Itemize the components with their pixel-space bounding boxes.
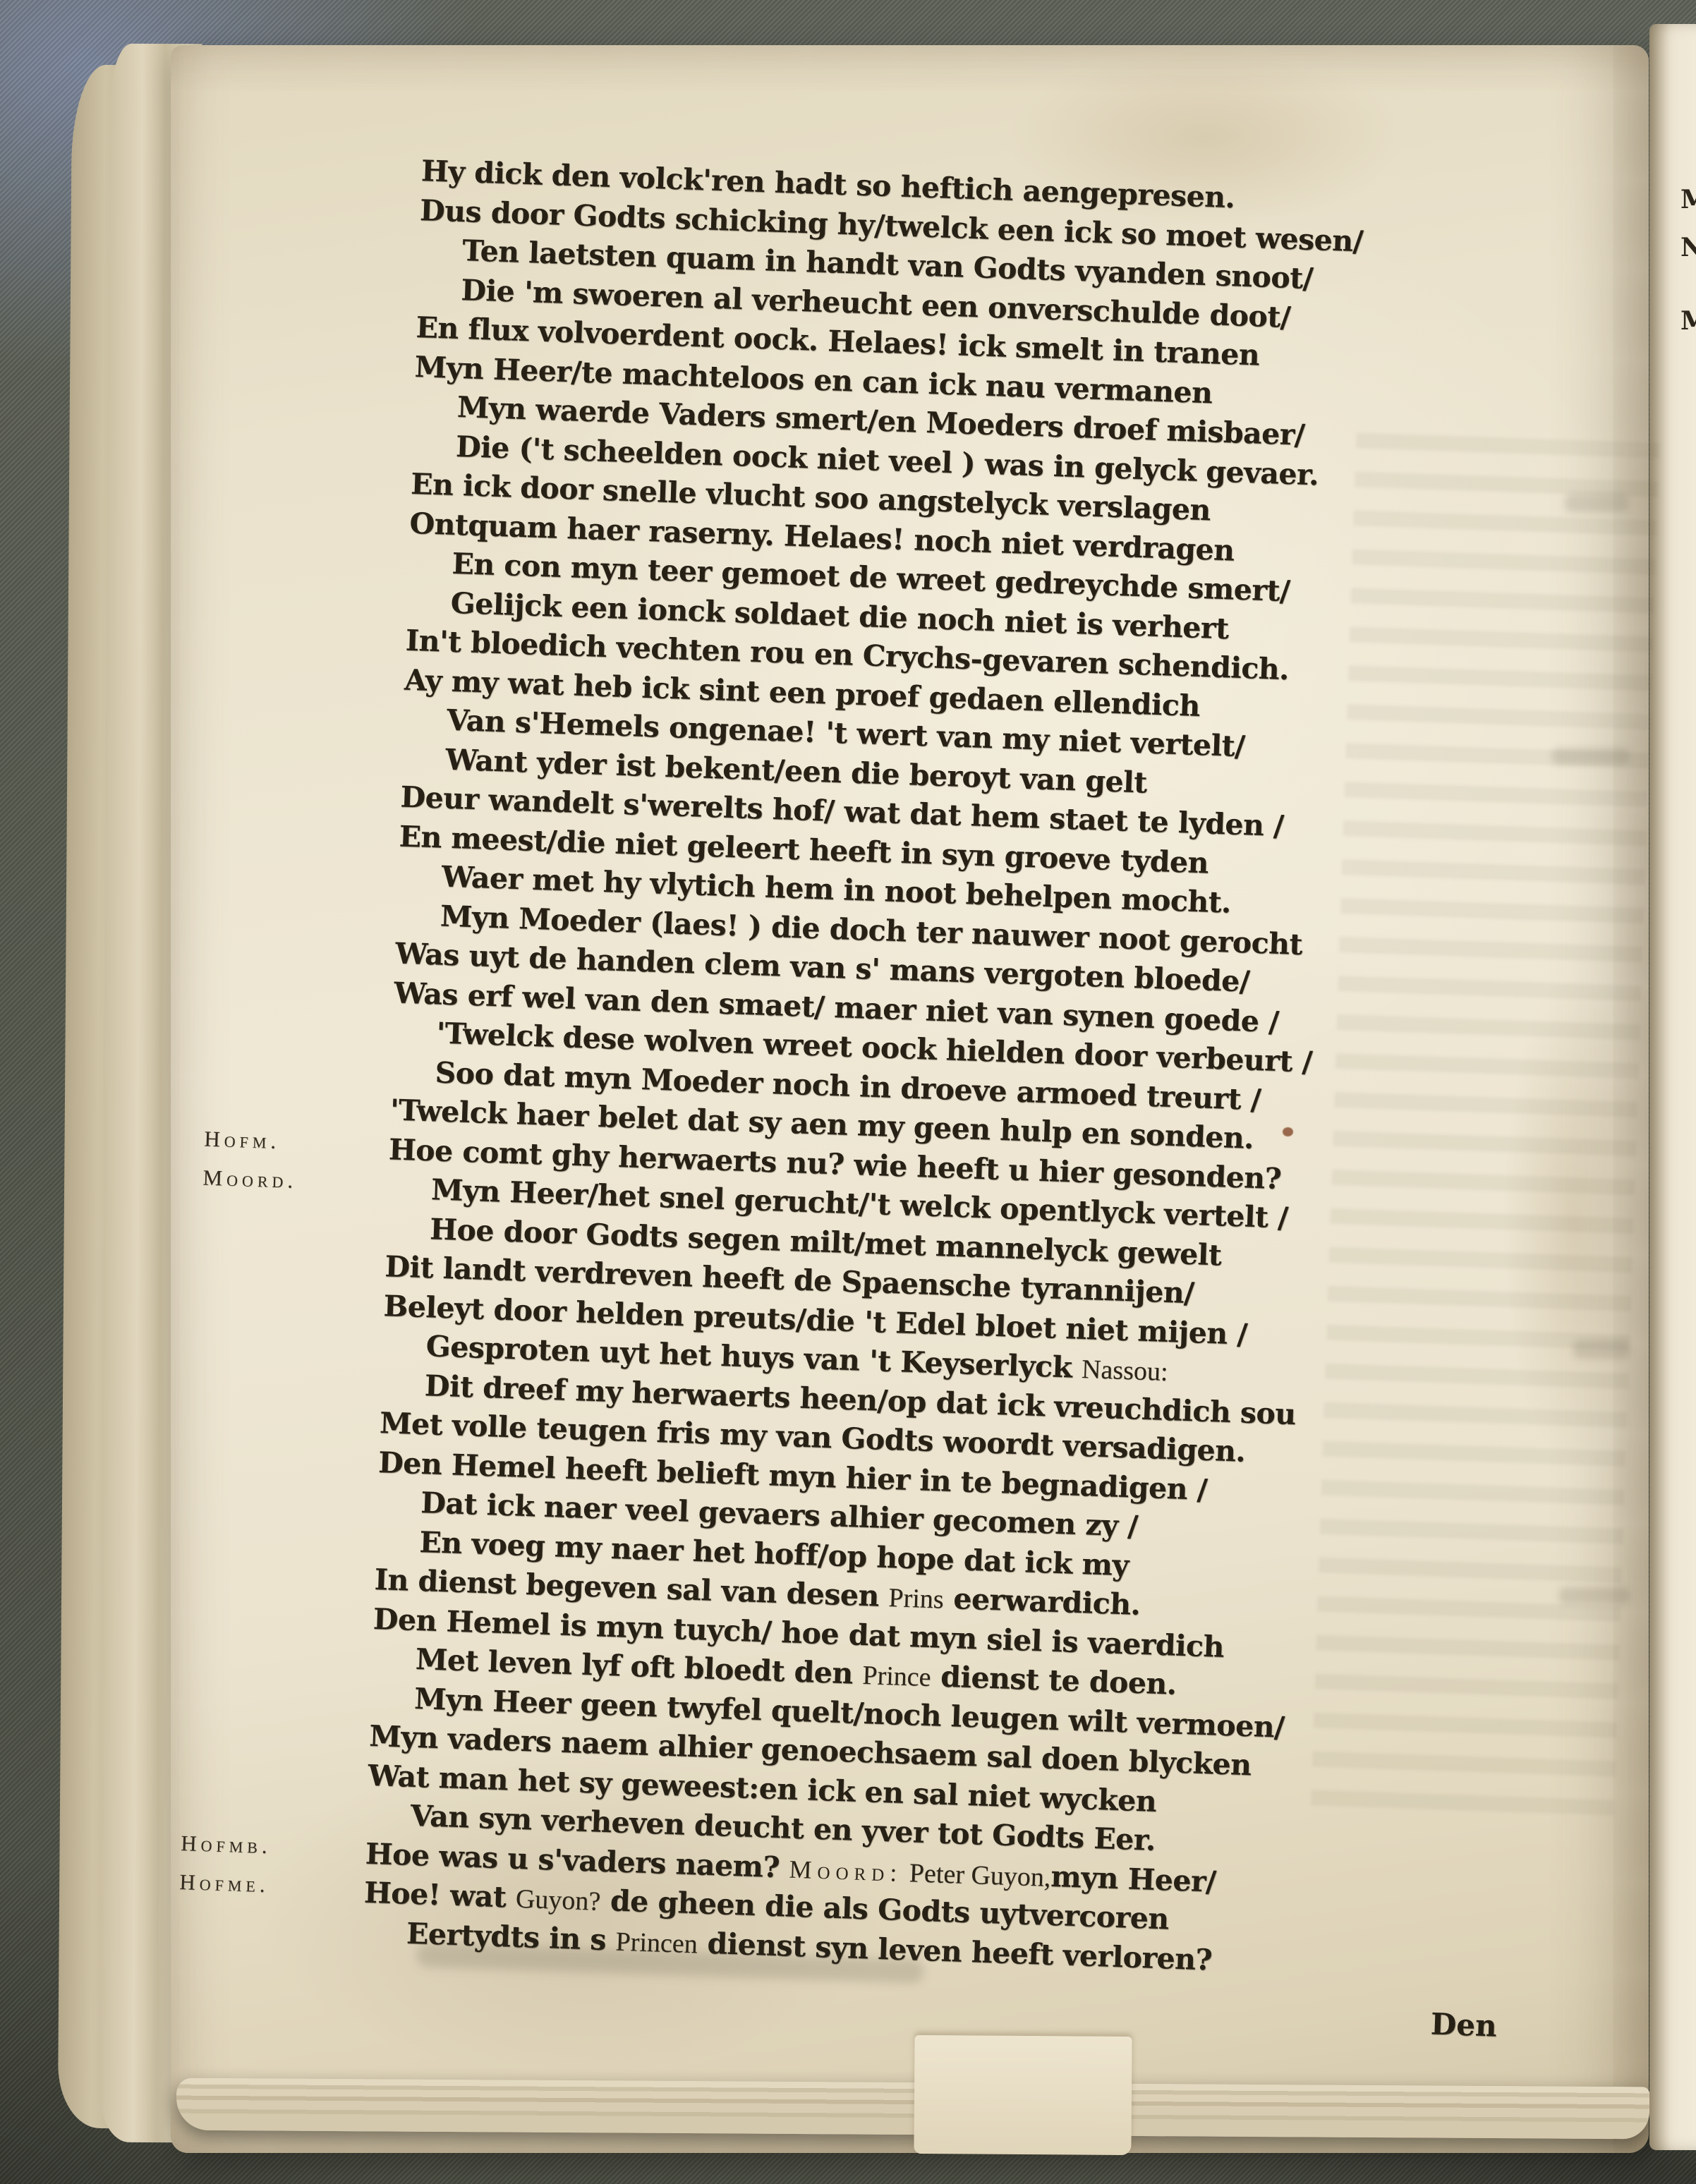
cut-off-letter-fragment: M xyxy=(1680,185,1696,214)
verse-text: dienst te doen. xyxy=(931,1659,1177,1701)
speaker-label: Hofm. xyxy=(204,1127,281,1152)
roman-text: Guyon? xyxy=(515,1884,601,1917)
roman-text: Prins xyxy=(888,1583,944,1615)
roman-text: Moord: xyxy=(789,1855,903,1886)
underlying-page-corner xyxy=(914,2035,1132,2155)
roman-text: Prince xyxy=(862,1661,931,1692)
photograph-of-open-book: Hy dick den volck'ren hadt so heftich ae… xyxy=(0,0,1696,2184)
verse-text: Hoe! wat xyxy=(363,1876,516,1915)
speaker-label: Moord. xyxy=(202,1167,298,1191)
speaker-label: Hofmb. xyxy=(181,1831,272,1856)
page-block-bottom-edges xyxy=(176,2078,1649,2140)
cut-off-letter-fragment: N xyxy=(1680,233,1696,262)
verse-text: myn Heer/ xyxy=(1050,1859,1217,1898)
ink-bleedthrough-smudge xyxy=(1559,1587,1630,1604)
verse-text: Eertydts in s xyxy=(406,1916,616,1957)
cut-off-letter-fragment: M xyxy=(1680,306,1696,336)
verse-text: eerwardich. xyxy=(943,1582,1141,1622)
catchword: Den xyxy=(1430,2006,1497,2043)
book-right-page-sliver xyxy=(1649,24,1696,2150)
speaker-label: Hofme. xyxy=(179,1871,269,1895)
roman-text: Princen xyxy=(615,1927,698,1959)
roman-text: Peter Guyon, xyxy=(902,1857,1051,1892)
text-block: Hy dick den volck'ren hadt so heftich ae… xyxy=(362,152,1606,1991)
roman-text: Nassou: xyxy=(1081,1354,1168,1387)
ink-bleedthrough-smudge xyxy=(1573,1340,1630,1359)
